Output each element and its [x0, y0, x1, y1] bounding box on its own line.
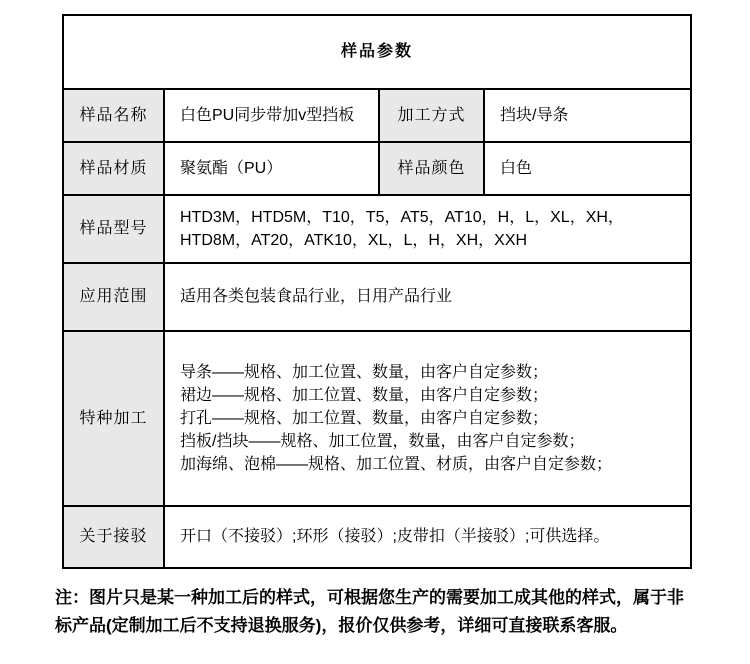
table-row: 关于接驳 开口（不接驳）;环形（接驳）;皮带扣（半接驳）;可供选择。	[63, 506, 691, 568]
special-processing-value: 导条——规格、加工位置、数量，由客户自定参数； 裙边——规格、加工位置、数量，由…	[164, 331, 691, 506]
title-row: 样品参数	[63, 15, 691, 89]
sample-color-value: 白色	[484, 142, 691, 195]
sample-parameters-table: 样品参数 样品名称 白色PU同步带加v型挡板 加工方式 挡块/导条 样品材质 聚…	[62, 14, 692, 569]
table-row: 特种加工 导条——规格、加工位置、数量，由客户自定参数； 裙边——规格、加工位置…	[63, 331, 691, 506]
table-row: 样品材质 聚氨酯（PU） 样品颜色 白色	[63, 142, 691, 195]
special-processing-label: 特种加工	[63, 331, 164, 506]
sample-color-label: 样品颜色	[379, 142, 484, 195]
footer-note: 注：图片只是某一种加工后的样式，可根据您生产的需要加工成其他的样式，属于非 标产…	[55, 584, 705, 640]
splicing-value: 开口（不接驳）;环形（接驳）;皮带扣（半接驳）;可供选择。	[164, 506, 691, 568]
table-row: 应用范围 适用各类包装食品行业，日用产品行业	[63, 263, 691, 331]
table-row: 样品型号 HTD3M，HTD5M，T10，T5，AT5，AT10，H，L，XL，…	[63, 195, 691, 263]
processing-method-value: 挡块/导条	[484, 89, 691, 142]
page-title: 样品参数	[63, 15, 691, 89]
processing-method-label: 加工方式	[379, 89, 484, 142]
splicing-label: 关于接驳	[63, 506, 164, 568]
sample-name-label: 样品名称	[63, 89, 164, 142]
application-scope-value: 适用各类包装食品行业，日用产品行业	[164, 263, 691, 331]
application-scope-label: 应用范围	[63, 263, 164, 331]
sample-material-label: 样品材质	[63, 142, 164, 195]
sample-name-value: 白色PU同步带加v型挡板	[164, 89, 379, 142]
sample-material-value: 聚氨酯（PU）	[164, 142, 379, 195]
table-row: 样品名称 白色PU同步带加v型挡板 加工方式 挡块/导条	[63, 89, 691, 142]
sample-model-value: HTD3M，HTD5M，T10，T5，AT5，AT10，H，L，XL，XH， H…	[164, 195, 691, 263]
sample-model-label: 样品型号	[63, 195, 164, 263]
